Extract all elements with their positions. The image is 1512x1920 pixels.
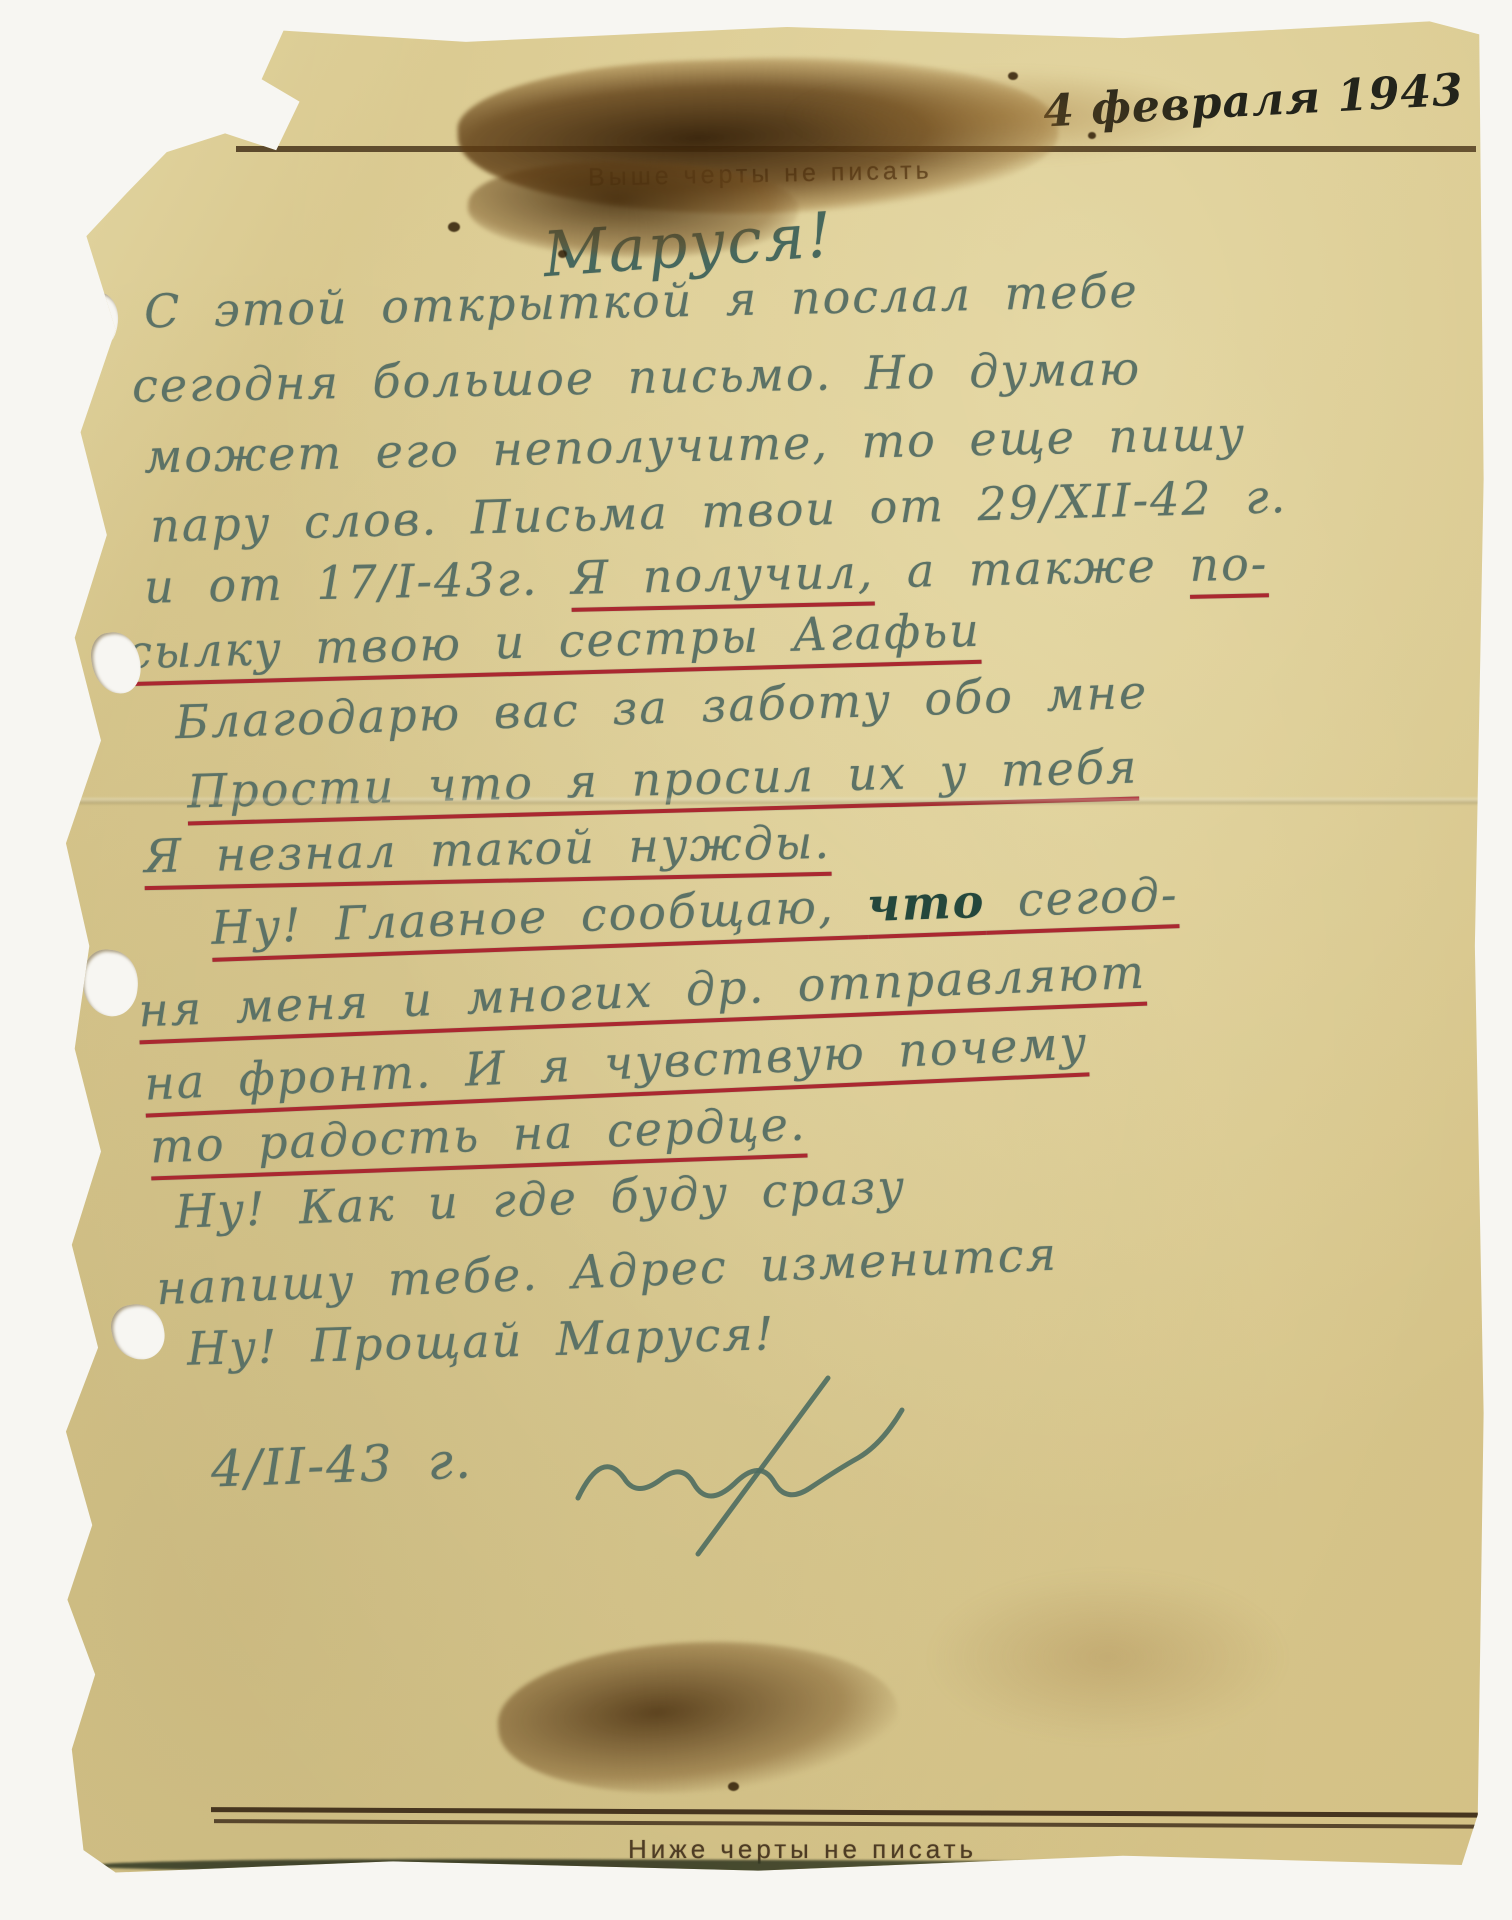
red-underlined-text: Я незнал такой нужды. [144,815,832,883]
printed-bottom-rule-2 [214,1819,1512,1829]
line-text: Ну! Прощай Маруся! [186,1306,775,1375]
ink-stain-top [455,48,1060,225]
stain-speck [1008,72,1018,80]
handwritten-line: может его неполучите, то еще пишу [144,406,1247,483]
red-underlined-text: по- [1189,536,1269,592]
paper-tear-hole [68,288,123,354]
printed-top-rule [236,146,1476,152]
handwritten-line: Я незнал такой нужды. [144,815,832,883]
red-underlined-text: сегод- [984,867,1179,928]
stain-speck [448,222,460,232]
handwritten-line: С этой открыткой я послал тебе [144,264,1140,339]
red-underlined-text: Прости что я просил их у тебя [186,740,1139,819]
line-text: и от 17/I-43г. [144,551,572,614]
line-text: может его неполучите, то еще пишу [144,406,1247,483]
line-text: Благодарю вас за заботу обо мне [174,665,1148,750]
handwritten-line: Прости что я просил их у тебя [186,740,1139,819]
handwritten-line: напишу тебе. Адрес изменится [155,1227,1059,1316]
handwritten-line: сылку твою и сестры Агафьи [125,603,981,679]
handwritten-date-top: 4 февраля 1943 г. [1042,61,1512,137]
red-underlined-text: Я получил, [570,544,874,604]
closing-date: 4/II-43 г. [210,1431,474,1498]
scanned-letter-page: Выше черты не писать 4 февраля 1943 г. М… [0,0,1512,1920]
stain-speck [728,1782,739,1791]
paper-tear-hole [79,947,142,1018]
line-text: напишу тебе. Адрес изменится [155,1227,1059,1316]
faint-stain-bottom-right [928,1572,1288,1742]
signature-flourish [508,1370,1028,1560]
printed-bottom-rule-1 [211,1807,1512,1818]
handwritten-line: Ну! Главное сообщаю, что сегод- [210,867,1179,955]
handwritten-line: Ну! Как и где буду сразу [174,1159,907,1238]
handwritten-line: сегодня большое письмо. Но думаю [132,341,1142,413]
red-underlined-text: Ну! Главное сообщаю, [210,878,868,955]
paper-bottom-edge-shadow [88,1858,1468,1878]
letter-paper-sheet: Выше черты не писать 4 февраля 1943 г. М… [28,12,1488,1880]
red-underlined-text: сылку твою и сестры Агафьи [125,603,981,679]
handwritten-line: Ну! Прощай Маруся! [186,1306,775,1375]
line-text: а также [874,538,1190,599]
stain-speck [558,250,567,258]
ink-stain-bottom [493,1628,902,1806]
printed-header-warning: Выше черты не писать [588,156,933,192]
emphasized-word: что [866,874,986,932]
line-text: сегодня большое письмо. Но думаю [132,341,1142,413]
line-text: Ну! Как и где буду сразу [174,1159,907,1238]
line-text: С этой открыткой я послал тебе [144,264,1140,339]
red-underlined-text: то радость на сердце. [149,1097,807,1174]
fold-crease [68,798,1488,804]
stain-speck [1088,132,1096,139]
handwritten-line: то радость на сердце. [149,1097,807,1174]
handwritten-line: Благодарю вас за заботу обо мне [174,665,1148,750]
